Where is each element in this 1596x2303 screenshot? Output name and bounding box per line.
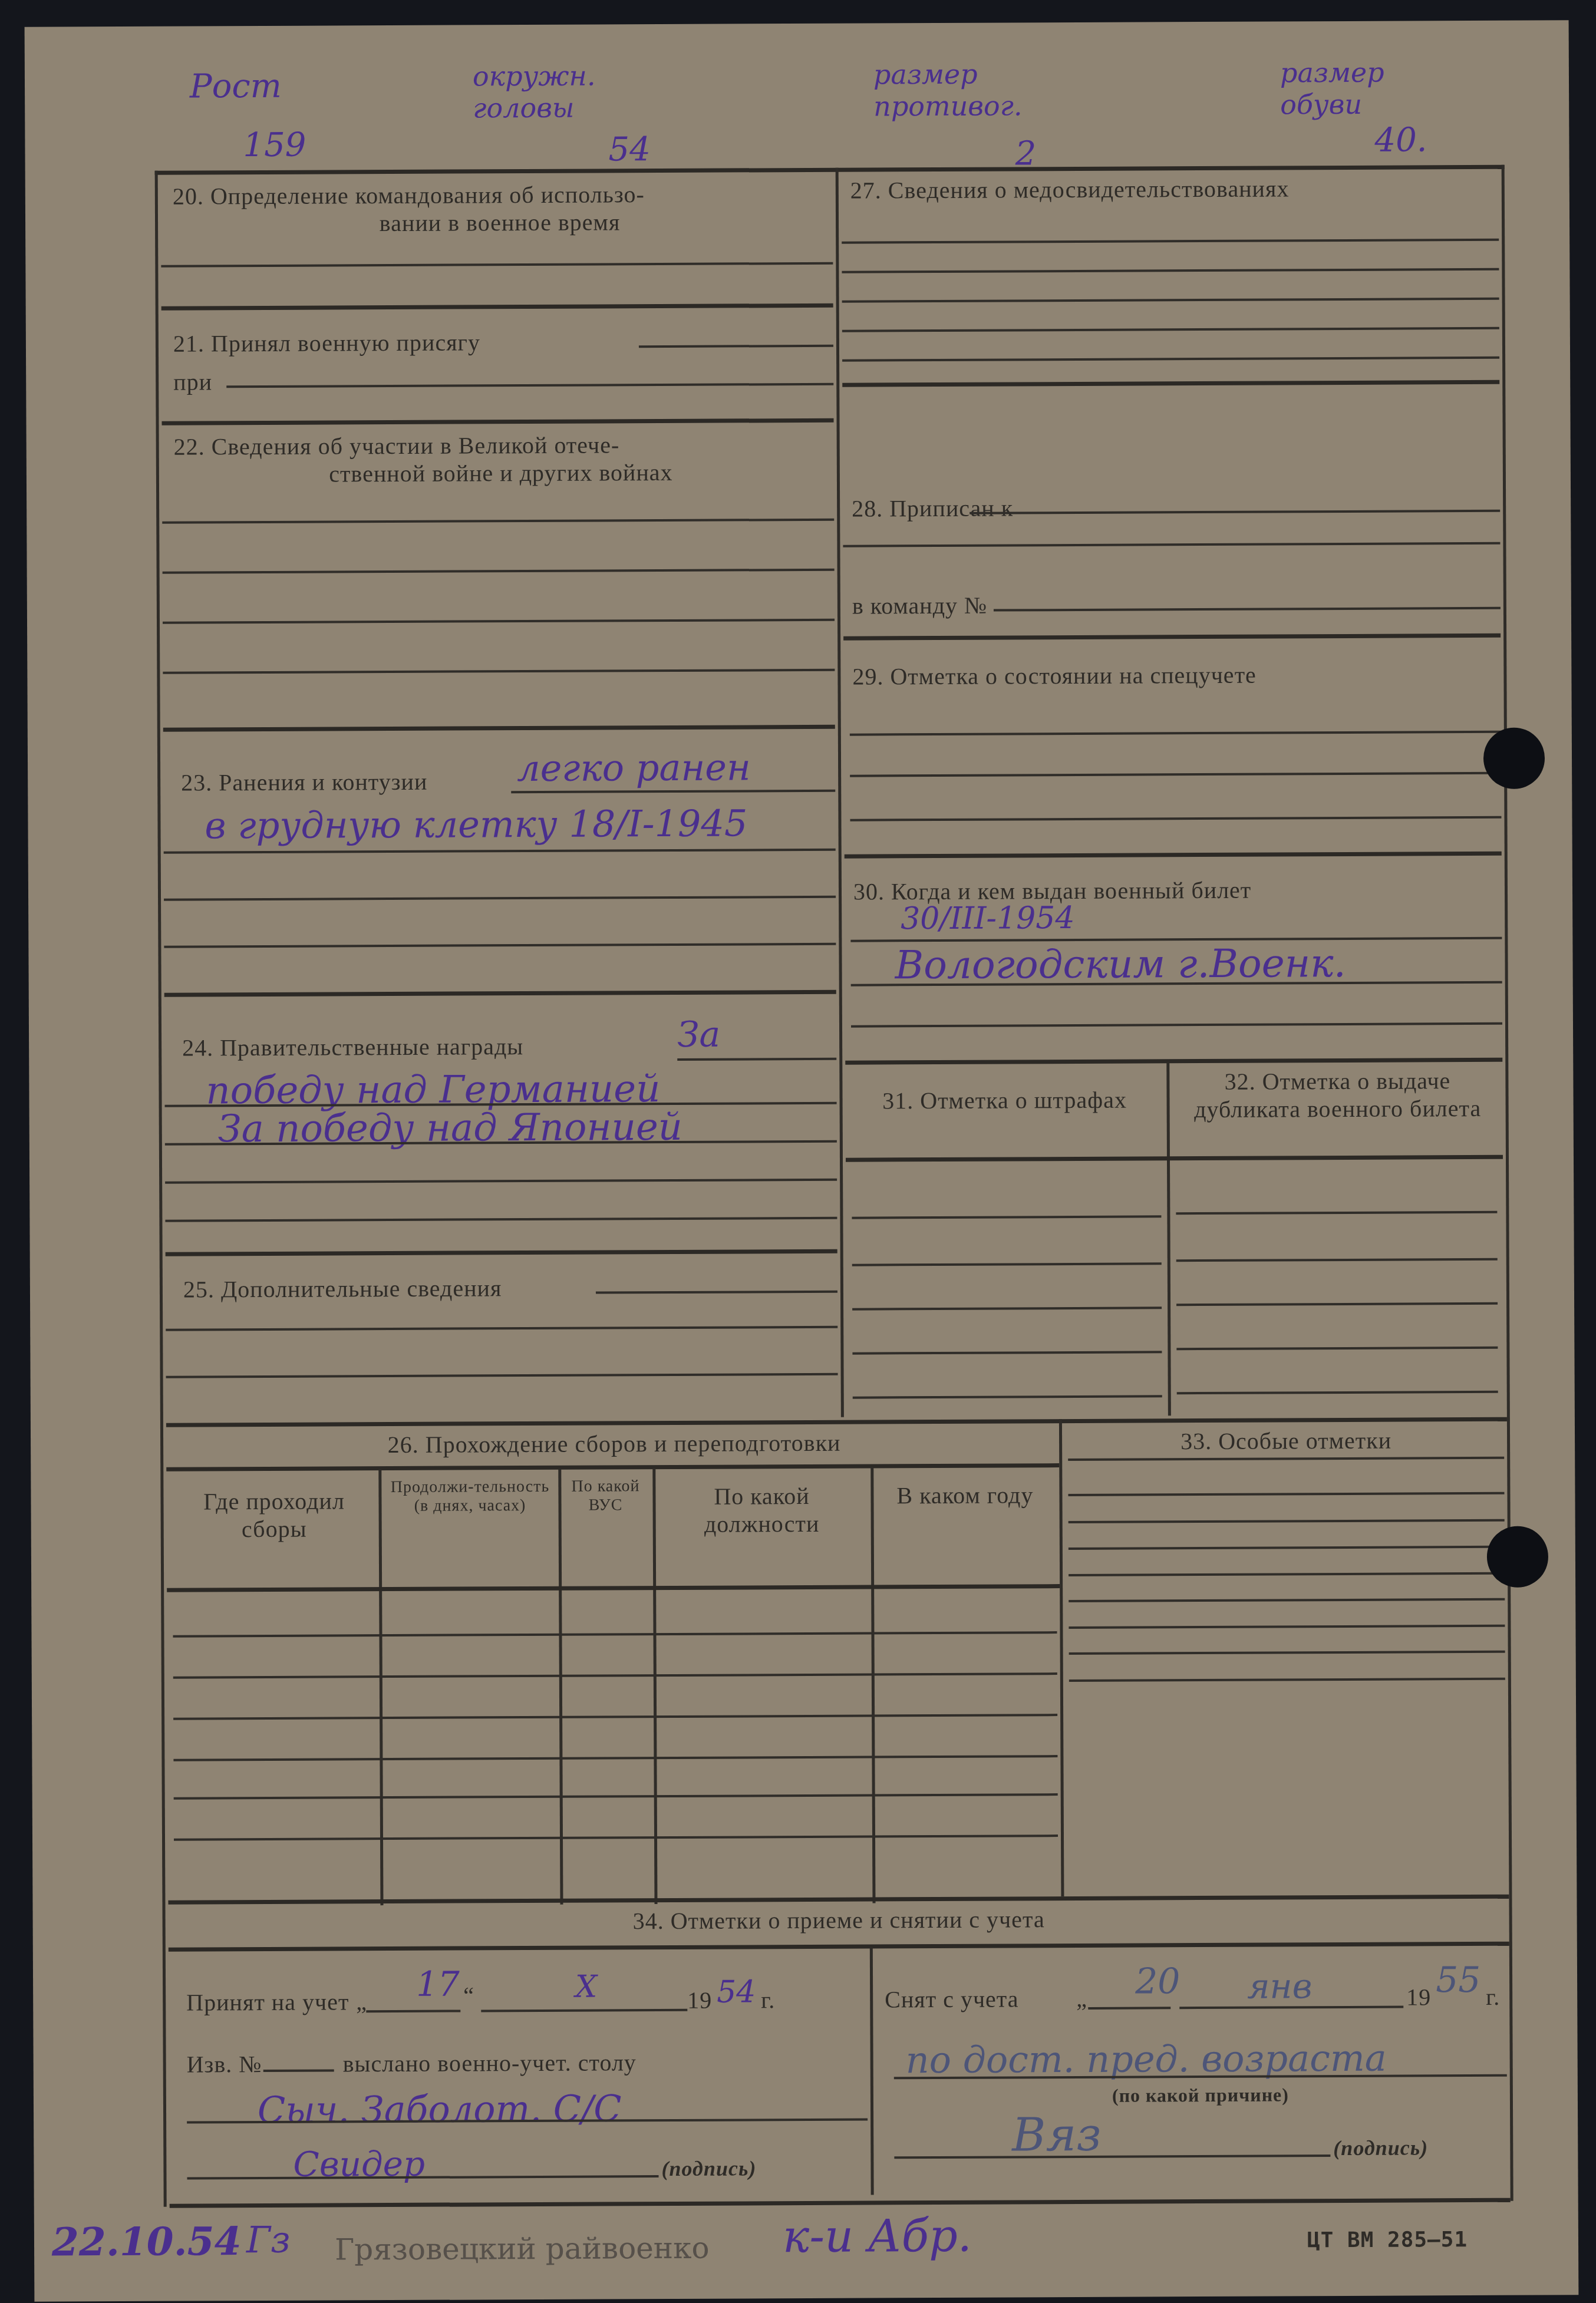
hw-height-value: 159 — [243, 126, 306, 164]
s34-izv-label: Изв. № — [187, 2050, 262, 2078]
s31-s32-divider — [1166, 1062, 1171, 1416]
frame-top — [155, 165, 1505, 175]
s24-label: 24. Правительственные награды — [182, 1032, 523, 1062]
hw-shoe-value: 40. — [1374, 121, 1427, 159]
s34-izv-field[interactable] — [263, 2069, 334, 2072]
s34-hw-sent-to: Сыч. Заболот. С/С — [258, 2087, 622, 2132]
form-code: ЦТ ВМ 285—51 — [1307, 2228, 1468, 2252]
footer-hw-officer-sign: к-и Абр. — [783, 2209, 972, 2262]
s34-divider — [870, 1947, 874, 2195]
binder-hole-bottom — [1487, 1526, 1548, 1587]
s28-team-field[interactable] — [994, 607, 1501, 612]
s34-accepted-label: Принят на учет — [186, 1988, 349, 2016]
s34-removed-month-field[interactable] — [1179, 2006, 1403, 2010]
record-card: Рост 159 окружн. головы 54 размер против… — [25, 20, 1579, 2301]
s34-removed-day-field[interactable] — [1088, 2007, 1170, 2010]
s21-label: 21. Принял военную присягу — [173, 328, 480, 357]
s20-label: 20. Определение командования об использо… — [173, 180, 827, 238]
s24-hw-line0: За — [677, 1014, 720, 1055]
table-row[interactable] — [173, 1755, 1057, 1761]
s26-s33-divider — [1059, 1419, 1064, 1896]
s21-pri-label: при — [173, 368, 212, 395]
s22-label: 22. Сведения об участии в Великой отече-… — [174, 430, 828, 489]
s34-accepted-month: X — [575, 1969, 597, 2005]
s34-accepted-day-field[interactable] — [366, 2010, 460, 2013]
s28-field[interactable] — [970, 510, 1500, 514]
hw-gasmask-label: размер противог. — [873, 58, 1062, 122]
frame-left — [155, 171, 167, 2207]
s34-removed-signature: Вяз — [1012, 2109, 1102, 2162]
s23-label: 23. Ранения и контузии — [181, 768, 427, 797]
s30-hw-issuer: Вологодским г.Военк. — [895, 941, 1346, 988]
s34-removed-label: Снят с учета — [885, 1985, 1019, 2013]
hw-height-label: Рост — [190, 67, 282, 106]
s34-accepted-year: 54 — [717, 1974, 756, 2010]
s25-field[interactable] — [596, 1291, 837, 1294]
s29-label: 29. Отметка о состоянии на спецучете — [852, 661, 1257, 691]
s34-removed-month: янв — [1247, 1966, 1313, 2006]
s31-label: 31. Отметка о штрафах — [866, 1085, 1143, 1114]
s33-label: 33. Особые отметки — [1068, 1426, 1504, 1456]
s34-removed-year: 55 — [1436, 1959, 1481, 2001]
s34-sent-label: выслано военно-учет. столу — [343, 2048, 637, 2077]
s26-title: 26. Прохождение сборов и переподготовки — [166, 1428, 1062, 1460]
s34-title: 34. Отметки о приеме и снятии с учета — [169, 1903, 1509, 1937]
s23-hw-line1: легко ранен — [517, 745, 751, 790]
s21-pri-field[interactable] — [226, 383, 833, 388]
s34-accepted-day: 17 — [416, 1964, 460, 2004]
hw-head-value: 54 — [608, 130, 651, 169]
s25-label: 25. Дополнительные сведения — [183, 1274, 502, 1303]
table-row[interactable] — [173, 1672, 1057, 1679]
table-row[interactable] — [174, 1835, 1058, 1841]
s30-hw-date: 30/III-1954 — [901, 900, 1074, 936]
footer-hw-sign: Гз — [246, 2218, 291, 2261]
s34-reason-label: (по какой причине) — [894, 2083, 1507, 2108]
s26-table-body[interactable] — [25, 20, 1569, 27]
hw-head-label: окружн. головы — [473, 60, 661, 124]
s34-removed-signature-field[interactable] — [894, 2154, 1330, 2159]
s34-removed-day: 20 — [1135, 1961, 1180, 2002]
table-row[interactable] — [173, 1631, 1057, 1638]
footer-stamp: Грязовецкий райвоенко — [335, 2231, 710, 2267]
hw-shoe-label: размер обуви — [1280, 56, 1445, 120]
s28-team-label: в команду № — [852, 592, 987, 620]
s27-label: 27. Сведения о медосвидетельствованиях — [850, 174, 1290, 204]
s21-field[interactable] — [639, 345, 833, 348]
binder-hole-top — [1483, 727, 1545, 788]
s32-label: 32. Отметка о выдаче дубликата военного … — [1178, 1067, 1496, 1123]
table-row[interactable] — [173, 1714, 1057, 1720]
footer-hw-date: 22.10.54 — [52, 2218, 242, 2265]
s26-table-header: Где проходил сборы Продолжи-тельность (в… — [25, 20, 1569, 27]
column-divider — [836, 168, 844, 1417]
s23-hw-line2: в грудную клетку 18/I-1945 — [205, 801, 747, 847]
s34-accepted-month-field[interactable] — [481, 2009, 687, 2012]
s28-label: 28. Приписан к — [852, 494, 1013, 522]
table-row[interactable] — [174, 1793, 1058, 1800]
